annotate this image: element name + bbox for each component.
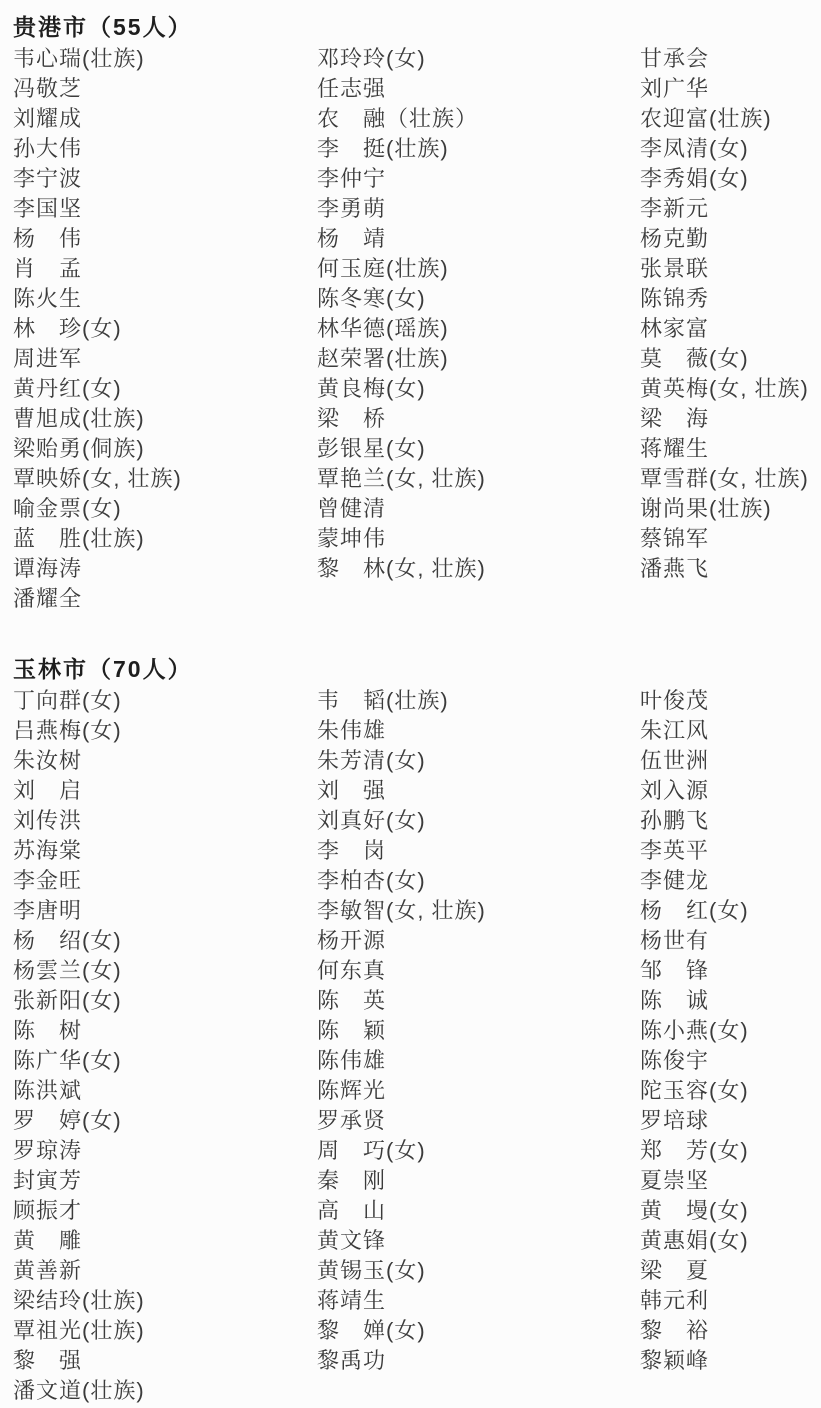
person-name: 林华德(瑶族) (317, 314, 640, 344)
person-name: 吕燕梅(女) (13, 716, 317, 746)
yulin-name-column-3: 叶俊茂朱江风伍世洲刘入源孙鹏飞李英平李健龙杨 红(女)杨世有邹 锋陈 诚陈小燕(… (640, 686, 821, 1376)
person-name: 杨 靖 (317, 224, 640, 254)
person-name: 黎 强 (13, 1346, 317, 1376)
person-name: 丁向群(女) (13, 686, 317, 716)
yulin-name-column-1: 丁向群(女)吕燕梅(女)朱汝树刘 启刘传洪苏海棠李金旺李唐明杨 绍(女)杨雲兰(… (13, 686, 317, 1406)
person-name: 黄 雕 (13, 1226, 317, 1256)
person-name: 任志强 (317, 74, 640, 104)
person-name: 杨 红(女) (640, 896, 821, 926)
person-name: 李唐明 (13, 896, 317, 926)
person-name: 梁 夏 (640, 1256, 821, 1286)
person-name: 何玉庭(壮族) (317, 254, 640, 284)
person-name: 陈冬寒(女) (317, 284, 640, 314)
person-name: 刘 强 (317, 776, 640, 806)
person-name: 周进军 (13, 344, 317, 374)
person-name: 喻金票(女) (13, 494, 317, 524)
person-name: 陈俊宇 (640, 1046, 821, 1076)
person-name: 陈火生 (13, 284, 317, 314)
person-name: 黎 裕 (640, 1316, 821, 1346)
person-name: 李英平 (640, 836, 821, 866)
person-name: 李新元 (640, 194, 821, 224)
person-name: 朱芳清(女) (317, 746, 640, 776)
person-name: 叶俊茂 (640, 686, 821, 716)
person-name: 郑 芳(女) (640, 1136, 821, 1166)
person-name: 罗培球 (640, 1106, 821, 1136)
person-name: 邓玲玲(女) (317, 44, 640, 74)
person-name: 邹 锋 (640, 956, 821, 986)
person-name: 林 珍(女) (13, 314, 317, 344)
person-name: 陈 树 (13, 1016, 317, 1046)
person-name: 黄良梅(女) (317, 374, 640, 404)
person-name: 周 巧(女) (317, 1136, 640, 1166)
person-name: 杨 伟 (13, 224, 317, 254)
person-name: 彭银星(女) (317, 434, 640, 464)
person-name: 刘传洪 (13, 806, 317, 836)
person-name: 何东真 (317, 956, 640, 986)
person-name: 杨 绍(女) (13, 926, 317, 956)
person-name: 陀玉容(女) (640, 1076, 821, 1106)
yulin-name-column-2: 韦 韬(壮族)朱伟雄朱芳清(女)刘 强刘真好(女)李 岗李柏杏(女)李敏智(女,… (317, 686, 640, 1376)
person-name: 梁结玲(壮族) (13, 1286, 317, 1316)
person-name: 李金旺 (13, 866, 317, 896)
person-name: 罗 婷(女) (13, 1106, 317, 1136)
person-name: 韦心瑞(壮族) (13, 44, 317, 74)
name-list-document: 贵港市（55人） 韦心瑞(壮族)冯敬芝刘耀成孙大伟李宁波李国坚杨 伟肖 孟陈火生… (0, 0, 821, 1406)
person-name: 伍世洲 (640, 746, 821, 776)
person-name: 覃祖光(壮族) (13, 1316, 317, 1346)
person-name: 黄 墁(女) (640, 1196, 821, 1226)
guigang-name-column-1: 韦心瑞(壮族)冯敬芝刘耀成孙大伟李宁波李国坚杨 伟肖 孟陈火生林 珍(女)周进军… (13, 44, 317, 614)
person-name: 刘广华 (640, 74, 821, 104)
person-name: 孙大伟 (13, 134, 317, 164)
person-name: 陈锦秀 (640, 284, 821, 314)
person-name: 覃映娇(女, 壮族) (13, 464, 317, 494)
person-name: 蓝 胜(壮族) (13, 524, 317, 554)
person-name: 黄文锋 (317, 1226, 640, 1256)
person-name: 刘 启 (13, 776, 317, 806)
person-name: 朱江风 (640, 716, 821, 746)
person-name: 顾振才 (13, 1196, 317, 1226)
person-name: 李凤清(女) (640, 134, 821, 164)
person-name: 张景联 (640, 254, 821, 284)
person-name: 曾健清 (317, 494, 640, 524)
person-name: 刘真好(女) (317, 806, 640, 836)
person-name: 潘耀全 (13, 584, 317, 614)
person-name: 覃艳兰(女, 壮族) (317, 464, 640, 494)
person-name: 潘文道(壮族) (13, 1376, 317, 1406)
person-name: 黄惠娟(女) (640, 1226, 821, 1256)
person-name: 陈 英 (317, 986, 640, 1016)
person-name: 李柏杏(女) (317, 866, 640, 896)
person-name: 陈广华(女) (13, 1046, 317, 1076)
person-name: 刘入源 (640, 776, 821, 806)
person-name: 李健龙 (640, 866, 821, 896)
person-name: 陈辉光 (317, 1076, 640, 1106)
person-name: 甘承会 (640, 44, 821, 74)
person-name: 林家富 (640, 314, 821, 344)
person-name: 朱伟雄 (317, 716, 640, 746)
person-name: 冯敬芝 (13, 74, 317, 104)
person-name: 苏海棠 (13, 836, 317, 866)
person-name: 李勇萌 (317, 194, 640, 224)
guigang-name-column-3: 甘承会刘广华农迎富(壮族)李凤清(女)李秀娟(女)李新元杨克勤张景联陈锦秀林家富… (640, 44, 821, 584)
person-name: 刘耀成 (13, 104, 317, 134)
person-name: 黎 林(女, 壮族) (317, 554, 640, 584)
person-name: 蔡锦军 (640, 524, 821, 554)
person-name: 韩元利 (640, 1286, 821, 1316)
person-name: 梁贻勇(侗族) (13, 434, 317, 464)
person-name: 罗琼涛 (13, 1136, 317, 1166)
person-name: 陈洪斌 (13, 1076, 317, 1106)
person-name: 谢尚果(壮族) (640, 494, 821, 524)
person-name: 李仲宁 (317, 164, 640, 194)
person-name: 杨雲兰(女) (13, 956, 317, 986)
person-name: 莫 薇(女) (640, 344, 821, 374)
person-name: 黄锡玉(女) (317, 1256, 640, 1286)
person-name: 李国坚 (13, 194, 317, 224)
person-name: 潘燕飞 (640, 554, 821, 584)
person-name: 谭海涛 (13, 554, 317, 584)
person-name: 陈 诚 (640, 986, 821, 1016)
person-name: 梁 桥 (317, 404, 640, 434)
person-name: 罗承贤 (317, 1106, 640, 1136)
section-yulin-city: 玉林市（70人） 丁向群(女)吕燕梅(女)朱汝树刘 启刘传洪苏海棠李金旺李唐明杨… (13, 652, 821, 1406)
person-name: 杨开源 (317, 926, 640, 956)
person-name: 黄丹红(女) (13, 374, 317, 404)
person-name: 梁 海 (640, 404, 821, 434)
person-name: 陈伟雄 (317, 1046, 640, 1076)
person-name: 封寅芳 (13, 1166, 317, 1196)
person-name: 覃雪群(女, 壮族) (640, 464, 821, 494)
person-name: 农 融（壮族） (317, 104, 640, 134)
guigang-name-columns: 韦心瑞(壮族)冯敬芝刘耀成孙大伟李宁波李国坚杨 伟肖 孟陈火生林 珍(女)周进军… (13, 44, 821, 614)
person-name: 孙鹏飞 (640, 806, 821, 836)
yulin-name-columns: 丁向群(女)吕燕梅(女)朱汝树刘 启刘传洪苏海棠李金旺李唐明杨 绍(女)杨雲兰(… (13, 686, 821, 1406)
person-name: 黄善新 (13, 1256, 317, 1286)
person-name: 曹旭成(壮族) (13, 404, 317, 434)
section-guigang-city: 贵港市（55人） 韦心瑞(壮族)冯敬芝刘耀成孙大伟李宁波李国坚杨 伟肖 孟陈火生… (13, 10, 821, 614)
person-name: 朱汝树 (13, 746, 317, 776)
person-name: 肖 孟 (13, 254, 317, 284)
guigang-name-column-2: 邓玲玲(女)任志强农 融（壮族）李 挺(壮族)李仲宁李勇萌杨 靖何玉庭(壮族)陈… (317, 44, 640, 584)
section-title-guigang: 贵港市（55人） (13, 10, 821, 44)
person-name: 黄英梅(女, 壮族) (640, 374, 821, 404)
person-name: 夏崇坚 (640, 1166, 821, 1196)
person-name: 杨克勤 (640, 224, 821, 254)
person-name: 李 岗 (317, 836, 640, 866)
person-name: 赵荣署(壮族) (317, 344, 640, 374)
person-name: 李秀娟(女) (640, 164, 821, 194)
section-title-yulin: 玉林市（70人） (13, 652, 821, 686)
person-name: 蒋耀生 (640, 434, 821, 464)
person-name: 高 山 (317, 1196, 640, 1226)
person-name: 李 挺(壮族) (317, 134, 640, 164)
person-name: 黎禹功 (317, 1346, 640, 1376)
person-name: 张新阳(女) (13, 986, 317, 1016)
person-name: 李敏智(女, 壮族) (317, 896, 640, 926)
person-name: 韦 韬(壮族) (317, 686, 640, 716)
person-name: 黎 婵(女) (317, 1316, 640, 1346)
person-name: 蒋靖生 (317, 1286, 640, 1316)
person-name: 蒙坤伟 (317, 524, 640, 554)
person-name: 农迎富(壮族) (640, 104, 821, 134)
person-name: 秦 刚 (317, 1166, 640, 1196)
person-name: 陈小燕(女) (640, 1016, 821, 1046)
person-name: 李宁波 (13, 164, 317, 194)
person-name: 杨世有 (640, 926, 821, 956)
person-name: 黎颖峰 (640, 1346, 821, 1376)
person-name: 陈 颖 (317, 1016, 640, 1046)
